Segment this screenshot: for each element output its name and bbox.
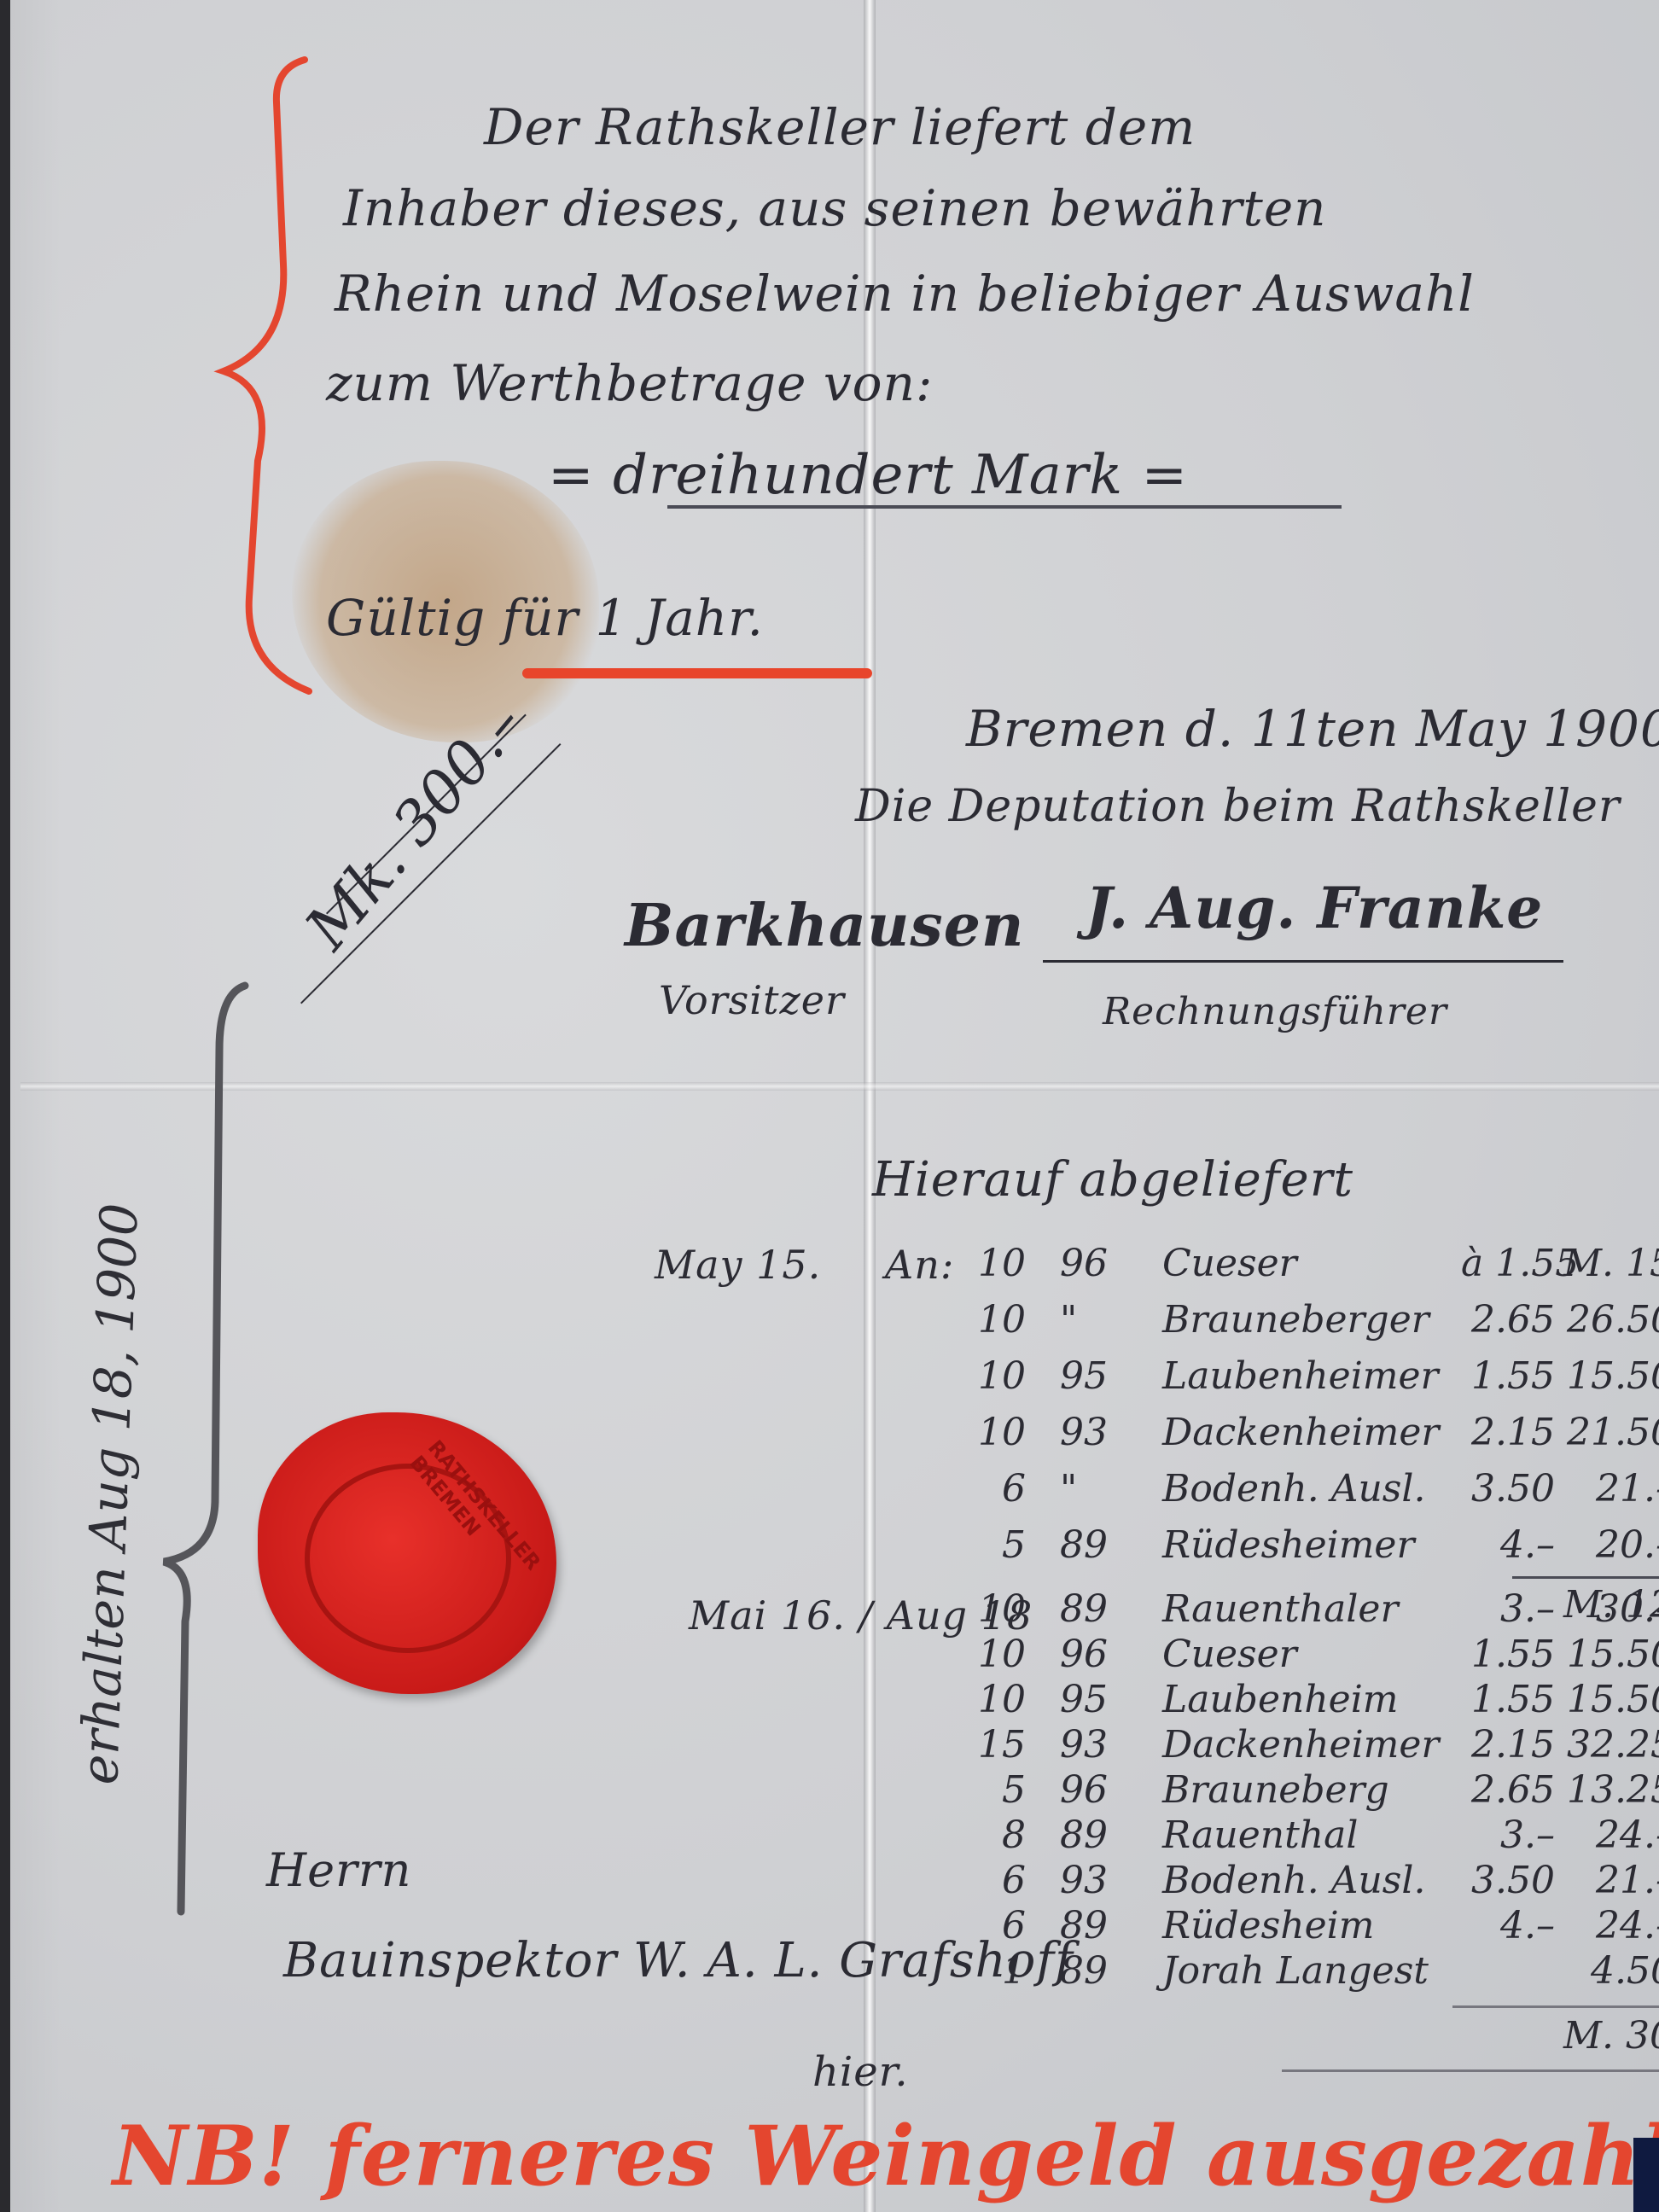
addressee-name: Bauinspektor W. A. L. Grafshoff bbox=[283, 1933, 1074, 1988]
red-underline bbox=[522, 668, 872, 678]
signature-title-right: Rechnungsführer bbox=[1103, 990, 1447, 1033]
place-date: Bremen d. 11ten May 1900. bbox=[966, 700, 1659, 758]
document-paper: Der Rathskeller liefert dem Inhaber dies… bbox=[10, 0, 1659, 2212]
background-object bbox=[1633, 2138, 1659, 2212]
header-line-1: Der Rathskeller liefert dem bbox=[484, 98, 1196, 156]
header-line-4: zum Werthbetrage von: bbox=[326, 354, 933, 412]
issuer: Die Deputation beim Rathskeller bbox=[855, 781, 1621, 832]
amount-in-words: = dreihundert Mark = bbox=[548, 444, 1188, 507]
total-rule-top bbox=[1452, 2005, 1659, 2008]
signature-franke: J. Aug. Franke bbox=[1086, 875, 1543, 941]
signature-title-left: Vorsitzer bbox=[659, 977, 845, 1023]
addressee-location: hier. bbox=[812, 2048, 909, 2096]
signature-barkhausen: Barkhausen bbox=[625, 892, 1024, 960]
wax-seal: RATHSKELLER BREMEN bbox=[258, 1412, 556, 1694]
dark-bracket-icon bbox=[147, 973, 258, 1971]
deliveries-heading: Hierauf abgeliefert bbox=[872, 1152, 1353, 1208]
group-1-date: May 15. bbox=[655, 1242, 821, 1288]
vertical-fold bbox=[864, 0, 876, 2212]
red-pencil-note: NB! ferneres Weingeld ausgezahlt bbox=[113, 2108, 1659, 2204]
validity-text: Gültig für 1 Jahr. bbox=[326, 589, 764, 647]
header-line-3: Rhein und Moselwein in beliebiger Auswah… bbox=[335, 265, 1475, 323]
total-rule-bottom bbox=[1282, 2069, 1659, 2072]
salutation: Herrn bbox=[266, 1843, 411, 1897]
header-line-2: Inhaber dieses, aus seinen bewährten bbox=[343, 179, 1327, 237]
side-note-vertical: erhalten Aug 18, 1900 bbox=[70, 1202, 150, 1786]
subtotal-rule bbox=[1512, 1576, 1659, 1579]
group-1-prefix: An: bbox=[885, 1242, 954, 1288]
amount-underline bbox=[667, 505, 1342, 509]
signature-flourish bbox=[1043, 960, 1563, 963]
horizontal-fold bbox=[20, 1082, 1659, 1091]
